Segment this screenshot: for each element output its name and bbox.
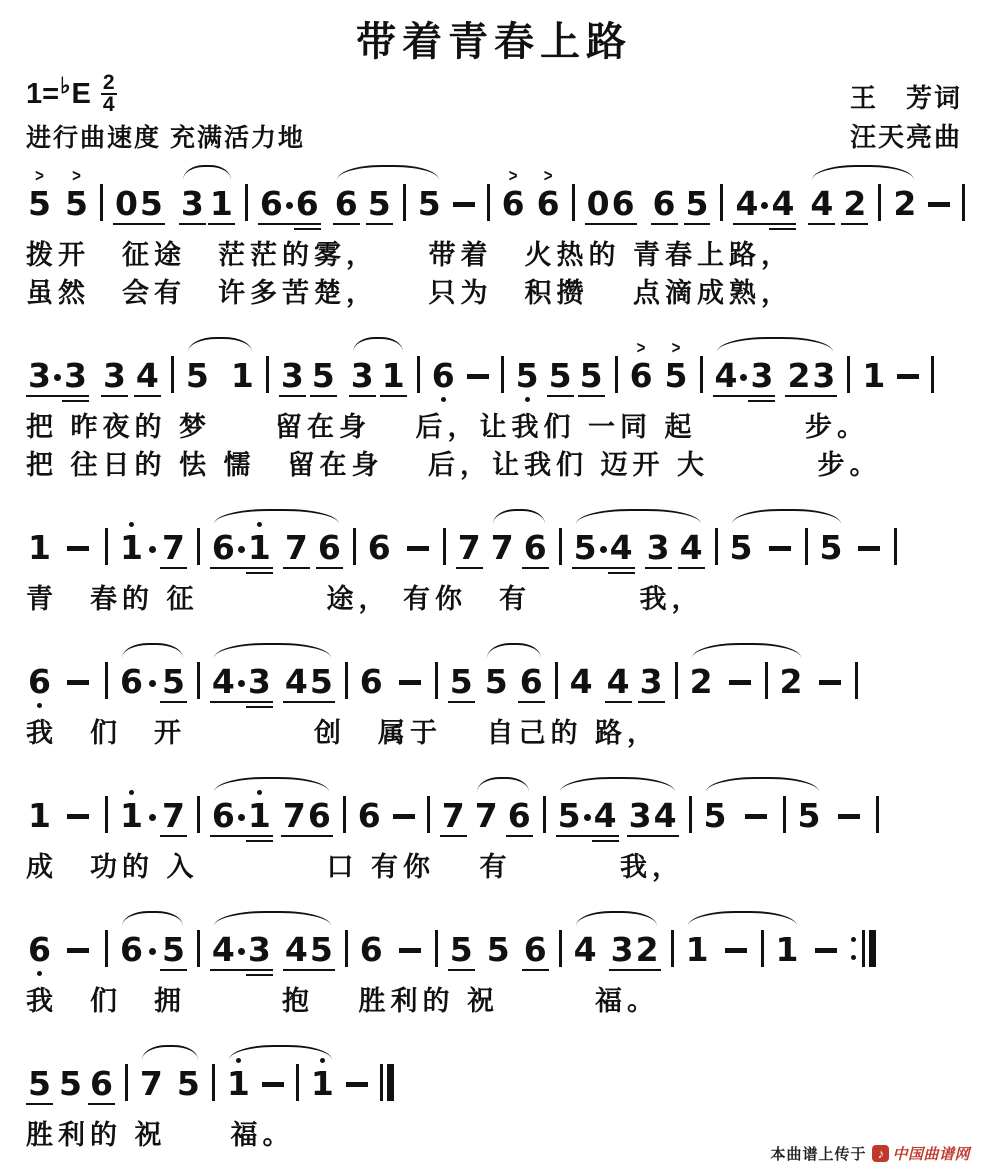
accent-mark xyxy=(28,168,51,185)
song-title: 带着青春上路 xyxy=(26,6,962,67)
underline-beam xyxy=(246,969,273,972)
underline-beam xyxy=(160,701,187,704)
underline-beam xyxy=(179,223,206,226)
note: 1 xyxy=(776,933,799,967)
note: 5 xyxy=(186,359,209,393)
slur-arc xyxy=(337,165,439,180)
repeat-end-barline xyxy=(851,930,877,967)
note: 4 xyxy=(715,359,738,393)
barline xyxy=(100,184,103,221)
note: 4 xyxy=(136,359,159,393)
barline xyxy=(171,356,174,393)
underline-beam xyxy=(684,223,711,226)
underline-beam xyxy=(138,223,165,226)
octave-dot-below xyxy=(525,397,530,402)
barline xyxy=(501,356,504,393)
note: 2 xyxy=(636,933,659,967)
barline xyxy=(878,184,881,221)
note: 5 xyxy=(59,1067,82,1101)
note: 5 xyxy=(549,359,572,393)
underline-beam xyxy=(294,228,321,231)
note: 6 xyxy=(537,187,560,221)
slur-arc xyxy=(560,777,675,792)
barline xyxy=(197,528,200,565)
sheet-music-page: 带着青春上路 1=♭E 2 4 王 芳词 进行曲速度 充满活力地 汪天亮曲 55… xyxy=(0,0,988,1172)
time-signature: 2 4 xyxy=(101,73,117,115)
notes-row: 6654345655643211 xyxy=(26,910,962,982)
barline xyxy=(847,356,850,393)
underline-beam xyxy=(380,395,407,398)
note: 5 xyxy=(558,799,581,833)
underline-beam xyxy=(841,223,868,226)
note: 1 xyxy=(231,359,254,393)
key-prefix: 1= xyxy=(26,78,59,111)
underline-beam xyxy=(518,701,545,704)
duration-dash xyxy=(928,202,950,207)
notes-row: 11761766776543455 xyxy=(26,776,962,848)
duration-dash xyxy=(819,680,841,685)
underline-beam xyxy=(592,835,619,838)
note: 1 xyxy=(686,933,709,967)
slur-arc xyxy=(229,1045,332,1060)
duration-dash xyxy=(769,546,791,551)
slur-arc xyxy=(732,509,841,524)
note: 1 xyxy=(120,531,143,565)
barline xyxy=(403,184,406,221)
note: 6 xyxy=(524,933,547,967)
note: 1 xyxy=(28,531,51,565)
slur-arc xyxy=(576,911,657,926)
note: 6 xyxy=(524,531,547,565)
note: 4 xyxy=(570,665,593,699)
barline xyxy=(720,184,723,221)
duration-dot xyxy=(600,531,607,565)
note: 5 xyxy=(65,187,88,221)
duration-dot xyxy=(761,187,768,221)
barline xyxy=(559,528,562,565)
barline xyxy=(197,796,200,833)
barline xyxy=(931,356,934,393)
note: 1 xyxy=(227,1067,250,1101)
underline-beam xyxy=(678,567,705,570)
note: 6 xyxy=(358,799,381,833)
lyric-line: 虽然 会有 许多苦楚， 只为 积攒 点滴成熟， xyxy=(26,274,962,312)
duration-dot xyxy=(584,799,591,833)
note: 5 xyxy=(310,933,333,967)
note: 2 xyxy=(787,359,810,393)
notes-row: 333451353165556543231 xyxy=(26,336,962,408)
slur-arc xyxy=(688,911,797,926)
note: 5 xyxy=(798,799,821,833)
music-system: 333451353165556543231把 昨夜的 梦 留在身 后，让我们 一… xyxy=(26,336,962,484)
underline-beam xyxy=(572,567,599,570)
note: 6 xyxy=(368,531,391,565)
barline xyxy=(572,184,575,221)
underline-beam xyxy=(258,223,285,226)
underline-beam xyxy=(160,835,187,838)
octave-dot-above xyxy=(129,790,134,795)
rest-note: 0 xyxy=(115,187,138,221)
note: 5 xyxy=(450,933,473,967)
duration-dash xyxy=(407,546,429,551)
lyric-line: 拨开 征途 茫茫的雾， 带着 火热的 青春上路， xyxy=(26,236,962,274)
note: 4 xyxy=(574,933,597,967)
note: 4 xyxy=(771,187,794,221)
underline-beam xyxy=(634,969,661,972)
note: 4 xyxy=(735,187,758,221)
note: 3 xyxy=(248,933,271,967)
underline-beam xyxy=(366,223,393,226)
barline xyxy=(555,662,558,699)
underline-beam xyxy=(456,567,483,570)
duration-dash xyxy=(745,814,767,819)
note: 5 xyxy=(487,933,510,967)
note: 4 xyxy=(610,531,633,565)
note: 3 xyxy=(181,187,204,221)
note: 6 xyxy=(612,187,635,221)
duration-dash xyxy=(399,680,421,685)
underline-beam xyxy=(810,395,837,398)
note: 7 xyxy=(162,531,185,565)
note: 7 xyxy=(285,531,308,565)
barline xyxy=(671,930,674,967)
underline-beam xyxy=(101,395,128,398)
slur-arc xyxy=(717,337,833,352)
note: 6 xyxy=(360,933,383,967)
duration-dash xyxy=(262,1082,284,1087)
footer: 本曲谱上传于 中国曲谱网 xyxy=(770,1143,970,1164)
underline-beam xyxy=(306,835,333,838)
underline-beam xyxy=(210,567,237,570)
duration-dash xyxy=(467,374,489,379)
lyric-line: 成 功的 入 口 有你 有 我， xyxy=(26,848,962,886)
note: 3 xyxy=(103,359,126,393)
lyric-line: 我 们 开 创 属于 自己的 路， xyxy=(26,714,962,752)
underline-beam xyxy=(208,223,235,226)
barline xyxy=(435,930,438,967)
note: 2 xyxy=(843,187,866,221)
note: 3 xyxy=(812,359,835,393)
notes-row: 5505316665566066544422 xyxy=(26,164,962,236)
barline xyxy=(296,1064,299,1101)
note: 6 xyxy=(212,799,235,833)
slur-arc xyxy=(188,337,252,352)
slur-arc xyxy=(706,777,819,792)
note: 6 xyxy=(432,359,455,393)
duration-dash xyxy=(67,680,89,685)
key-note: E xyxy=(71,78,90,111)
slur-arc xyxy=(214,911,331,926)
underline-beam xyxy=(349,395,376,398)
site-brand-text: 中国曲谱网 xyxy=(892,1143,970,1164)
barline xyxy=(962,184,965,221)
lyric-line: 把 昨夜的 梦 留在身 后，让我们 一同 起 步。 xyxy=(26,408,962,446)
barline xyxy=(543,796,546,833)
note: 3 xyxy=(28,359,51,393)
accent-mark xyxy=(502,168,525,185)
note: 6 xyxy=(260,187,283,221)
underline-beam xyxy=(627,835,654,838)
duration-dash xyxy=(67,546,89,551)
note: 5 xyxy=(28,1067,51,1101)
accent-mark xyxy=(65,168,88,185)
underline-beam xyxy=(608,567,635,570)
note: 7 xyxy=(140,1067,163,1101)
note: 5 xyxy=(820,531,843,565)
note: 5 xyxy=(516,359,539,393)
underline-beam xyxy=(785,395,812,398)
barline xyxy=(125,1064,128,1101)
underline-beam xyxy=(808,223,835,226)
accent-mark xyxy=(537,168,560,185)
barline xyxy=(266,356,269,393)
note: 7 xyxy=(458,531,481,565)
note: 5 xyxy=(574,531,597,565)
underline-beam xyxy=(440,835,467,838)
note: 6 xyxy=(120,933,143,967)
underline-beam xyxy=(592,840,619,843)
note: 3 xyxy=(640,665,663,699)
duration-dash xyxy=(399,948,421,953)
underline-beam xyxy=(281,835,308,838)
note: 4 xyxy=(810,187,833,221)
underline-beam xyxy=(246,974,273,977)
octave-dot-above xyxy=(129,522,134,527)
duration-dot xyxy=(149,531,156,565)
lyric-line: 我 们 拥 抱 胜利的 祝 福。 xyxy=(26,982,962,1020)
note: 6 xyxy=(28,933,51,967)
underline-beam xyxy=(733,223,760,226)
note: 1 xyxy=(210,187,233,221)
note: 6 xyxy=(28,665,51,699)
note: 6 xyxy=(508,799,531,833)
note: 3 xyxy=(750,359,773,393)
underline-beam xyxy=(26,395,53,398)
note: 4 xyxy=(212,933,235,967)
notes-row: 11761766776543455 xyxy=(26,508,962,580)
barline xyxy=(700,356,703,393)
octave-dot-below xyxy=(37,971,42,976)
barline xyxy=(783,796,786,833)
note: 1 xyxy=(120,799,143,833)
note: 2 xyxy=(780,665,803,699)
barline xyxy=(343,796,346,833)
barline xyxy=(197,662,200,699)
tempo-marking: 进行曲速度 充满活力地 xyxy=(26,118,305,154)
duration-dot xyxy=(238,531,245,565)
note: 5 xyxy=(704,799,727,833)
notes-row: 6654345655644322 xyxy=(26,642,962,714)
note: 6 xyxy=(212,531,235,565)
flat-sign: ♭ xyxy=(60,73,70,99)
slur-arc xyxy=(493,509,545,524)
slur-arc xyxy=(214,777,329,792)
duration-dot xyxy=(149,799,156,833)
note: 1 xyxy=(382,359,405,393)
barline xyxy=(689,796,692,833)
duration-dash xyxy=(67,948,89,953)
note: 1 xyxy=(248,531,271,565)
barline xyxy=(417,356,420,393)
note: 3 xyxy=(64,359,87,393)
underline-beam xyxy=(585,223,612,226)
slur-arc xyxy=(487,643,541,658)
duration-dot xyxy=(149,665,156,699)
underline-beam xyxy=(645,567,672,570)
slur-arc xyxy=(692,643,801,658)
underline-beam xyxy=(294,223,321,226)
note: 6 xyxy=(296,187,319,221)
duration-dash xyxy=(725,948,747,953)
note: 6 xyxy=(120,665,143,699)
uploaded-by-text: 本曲谱上传于 xyxy=(770,1143,866,1164)
note: 3 xyxy=(281,359,304,393)
note: 6 xyxy=(308,799,331,833)
slur-arc xyxy=(183,165,231,180)
barline xyxy=(765,662,768,699)
score: 5505316665566066544422拨开 征途 茫茫的雾， 带着 火热的… xyxy=(26,164,962,1154)
note: 5 xyxy=(312,359,335,393)
lyric-line: 青 春的 征 途， 有你 有 我， xyxy=(26,580,962,618)
note: 7 xyxy=(283,799,306,833)
notes-row: 5567511 xyxy=(26,1044,962,1116)
duration-dot xyxy=(740,359,747,393)
underline-beam xyxy=(638,701,665,704)
underline-beam xyxy=(333,223,360,226)
slur-arc xyxy=(142,1045,198,1060)
music-system: 11761766776543455成 功的 入 口 有你 有 我， xyxy=(26,776,962,886)
underline-beam xyxy=(448,969,475,972)
note: 6 xyxy=(520,665,543,699)
note: 3 xyxy=(629,799,652,833)
note: 6 xyxy=(630,359,653,393)
note: 1 xyxy=(28,799,51,833)
note: 5 xyxy=(310,665,333,699)
note: 1 xyxy=(862,359,885,393)
barline xyxy=(855,662,858,699)
slur-arc xyxy=(576,509,701,524)
note: 5 xyxy=(580,359,603,393)
octave-dot-below xyxy=(37,703,42,708)
note: 4 xyxy=(594,799,617,833)
time-signature-top: 2 xyxy=(101,73,117,95)
underline-beam xyxy=(134,395,161,398)
underline-beam xyxy=(246,706,273,709)
note: 6 xyxy=(502,187,525,221)
underline-beam xyxy=(748,400,775,403)
note: 5 xyxy=(368,187,391,221)
underline-beam xyxy=(246,835,273,838)
note: 7 xyxy=(491,531,514,565)
barline xyxy=(559,930,562,967)
barline xyxy=(212,1064,215,1101)
note: 5 xyxy=(485,665,508,699)
barline xyxy=(615,356,618,393)
underline-beam xyxy=(608,572,635,575)
underline-beam xyxy=(246,701,273,704)
slur-arc xyxy=(122,911,183,926)
underline-beam xyxy=(522,969,549,972)
note: 6 xyxy=(318,531,341,565)
note: 3 xyxy=(351,359,374,393)
duration-dash xyxy=(67,814,89,819)
underline-beam xyxy=(88,1103,115,1106)
duration-dash xyxy=(346,1082,368,1087)
note: 1 xyxy=(311,1067,334,1101)
underline-beam xyxy=(769,228,796,231)
note: 4 xyxy=(607,665,630,699)
note: 1 xyxy=(248,799,271,833)
note: 4 xyxy=(654,799,677,833)
site-logo-icon xyxy=(872,1145,889,1162)
duration-dot xyxy=(286,187,293,221)
barline xyxy=(105,930,108,967)
underline-beam xyxy=(279,395,306,398)
tempo-row: 进行曲速度 充满活力地 汪天亮曲 xyxy=(26,117,962,154)
duration-dash xyxy=(815,948,837,953)
barline xyxy=(345,662,348,699)
barline xyxy=(715,528,718,565)
underline-beam xyxy=(62,400,89,403)
underline-beam xyxy=(210,701,237,704)
duration-dash xyxy=(453,202,475,207)
barline xyxy=(427,796,430,833)
slur-arc xyxy=(122,643,183,658)
barline xyxy=(345,930,348,967)
duration-dash xyxy=(393,814,415,819)
underline-beam xyxy=(448,701,475,704)
underline-beam xyxy=(210,969,237,972)
meta-row: 1=♭E 2 4 王 芳词 xyxy=(26,73,962,115)
underline-beam xyxy=(769,223,796,226)
note: 2 xyxy=(690,665,713,699)
note: 5 xyxy=(177,1067,200,1101)
duration-dot xyxy=(54,359,61,393)
note: 5 xyxy=(140,187,163,221)
underline-beam xyxy=(522,567,549,570)
barline xyxy=(353,528,356,565)
note: 7 xyxy=(162,799,185,833)
key-signature: 1=♭E 2 4 xyxy=(26,73,117,115)
note: 3 xyxy=(647,531,670,565)
barline xyxy=(245,184,248,221)
barline xyxy=(443,528,446,565)
underline-beam xyxy=(316,567,343,570)
barline xyxy=(105,796,108,833)
slur-arc xyxy=(812,165,914,180)
underline-beam xyxy=(748,395,775,398)
note: 5 xyxy=(418,187,441,221)
note: 5 xyxy=(665,359,688,393)
rest-note: 0 xyxy=(587,187,610,221)
underline-beam xyxy=(310,395,337,398)
underline-beam xyxy=(609,969,636,972)
slur-arc xyxy=(477,777,529,792)
underline-beam xyxy=(160,567,187,570)
note: 6 xyxy=(335,187,358,221)
barline xyxy=(675,662,678,699)
music-system: 5505316665566066544422拨开 征途 茫茫的雾， 带着 火热的… xyxy=(26,164,962,312)
underline-beam xyxy=(556,835,583,838)
lyricist-credit: 王 芳词 xyxy=(850,78,962,115)
note: 5 xyxy=(162,933,185,967)
note: 4 xyxy=(285,933,308,967)
note: 4 xyxy=(680,531,703,565)
duration-dash xyxy=(858,546,880,551)
underline-beam xyxy=(246,572,273,575)
barline xyxy=(805,528,808,565)
underline-beam xyxy=(308,701,335,704)
